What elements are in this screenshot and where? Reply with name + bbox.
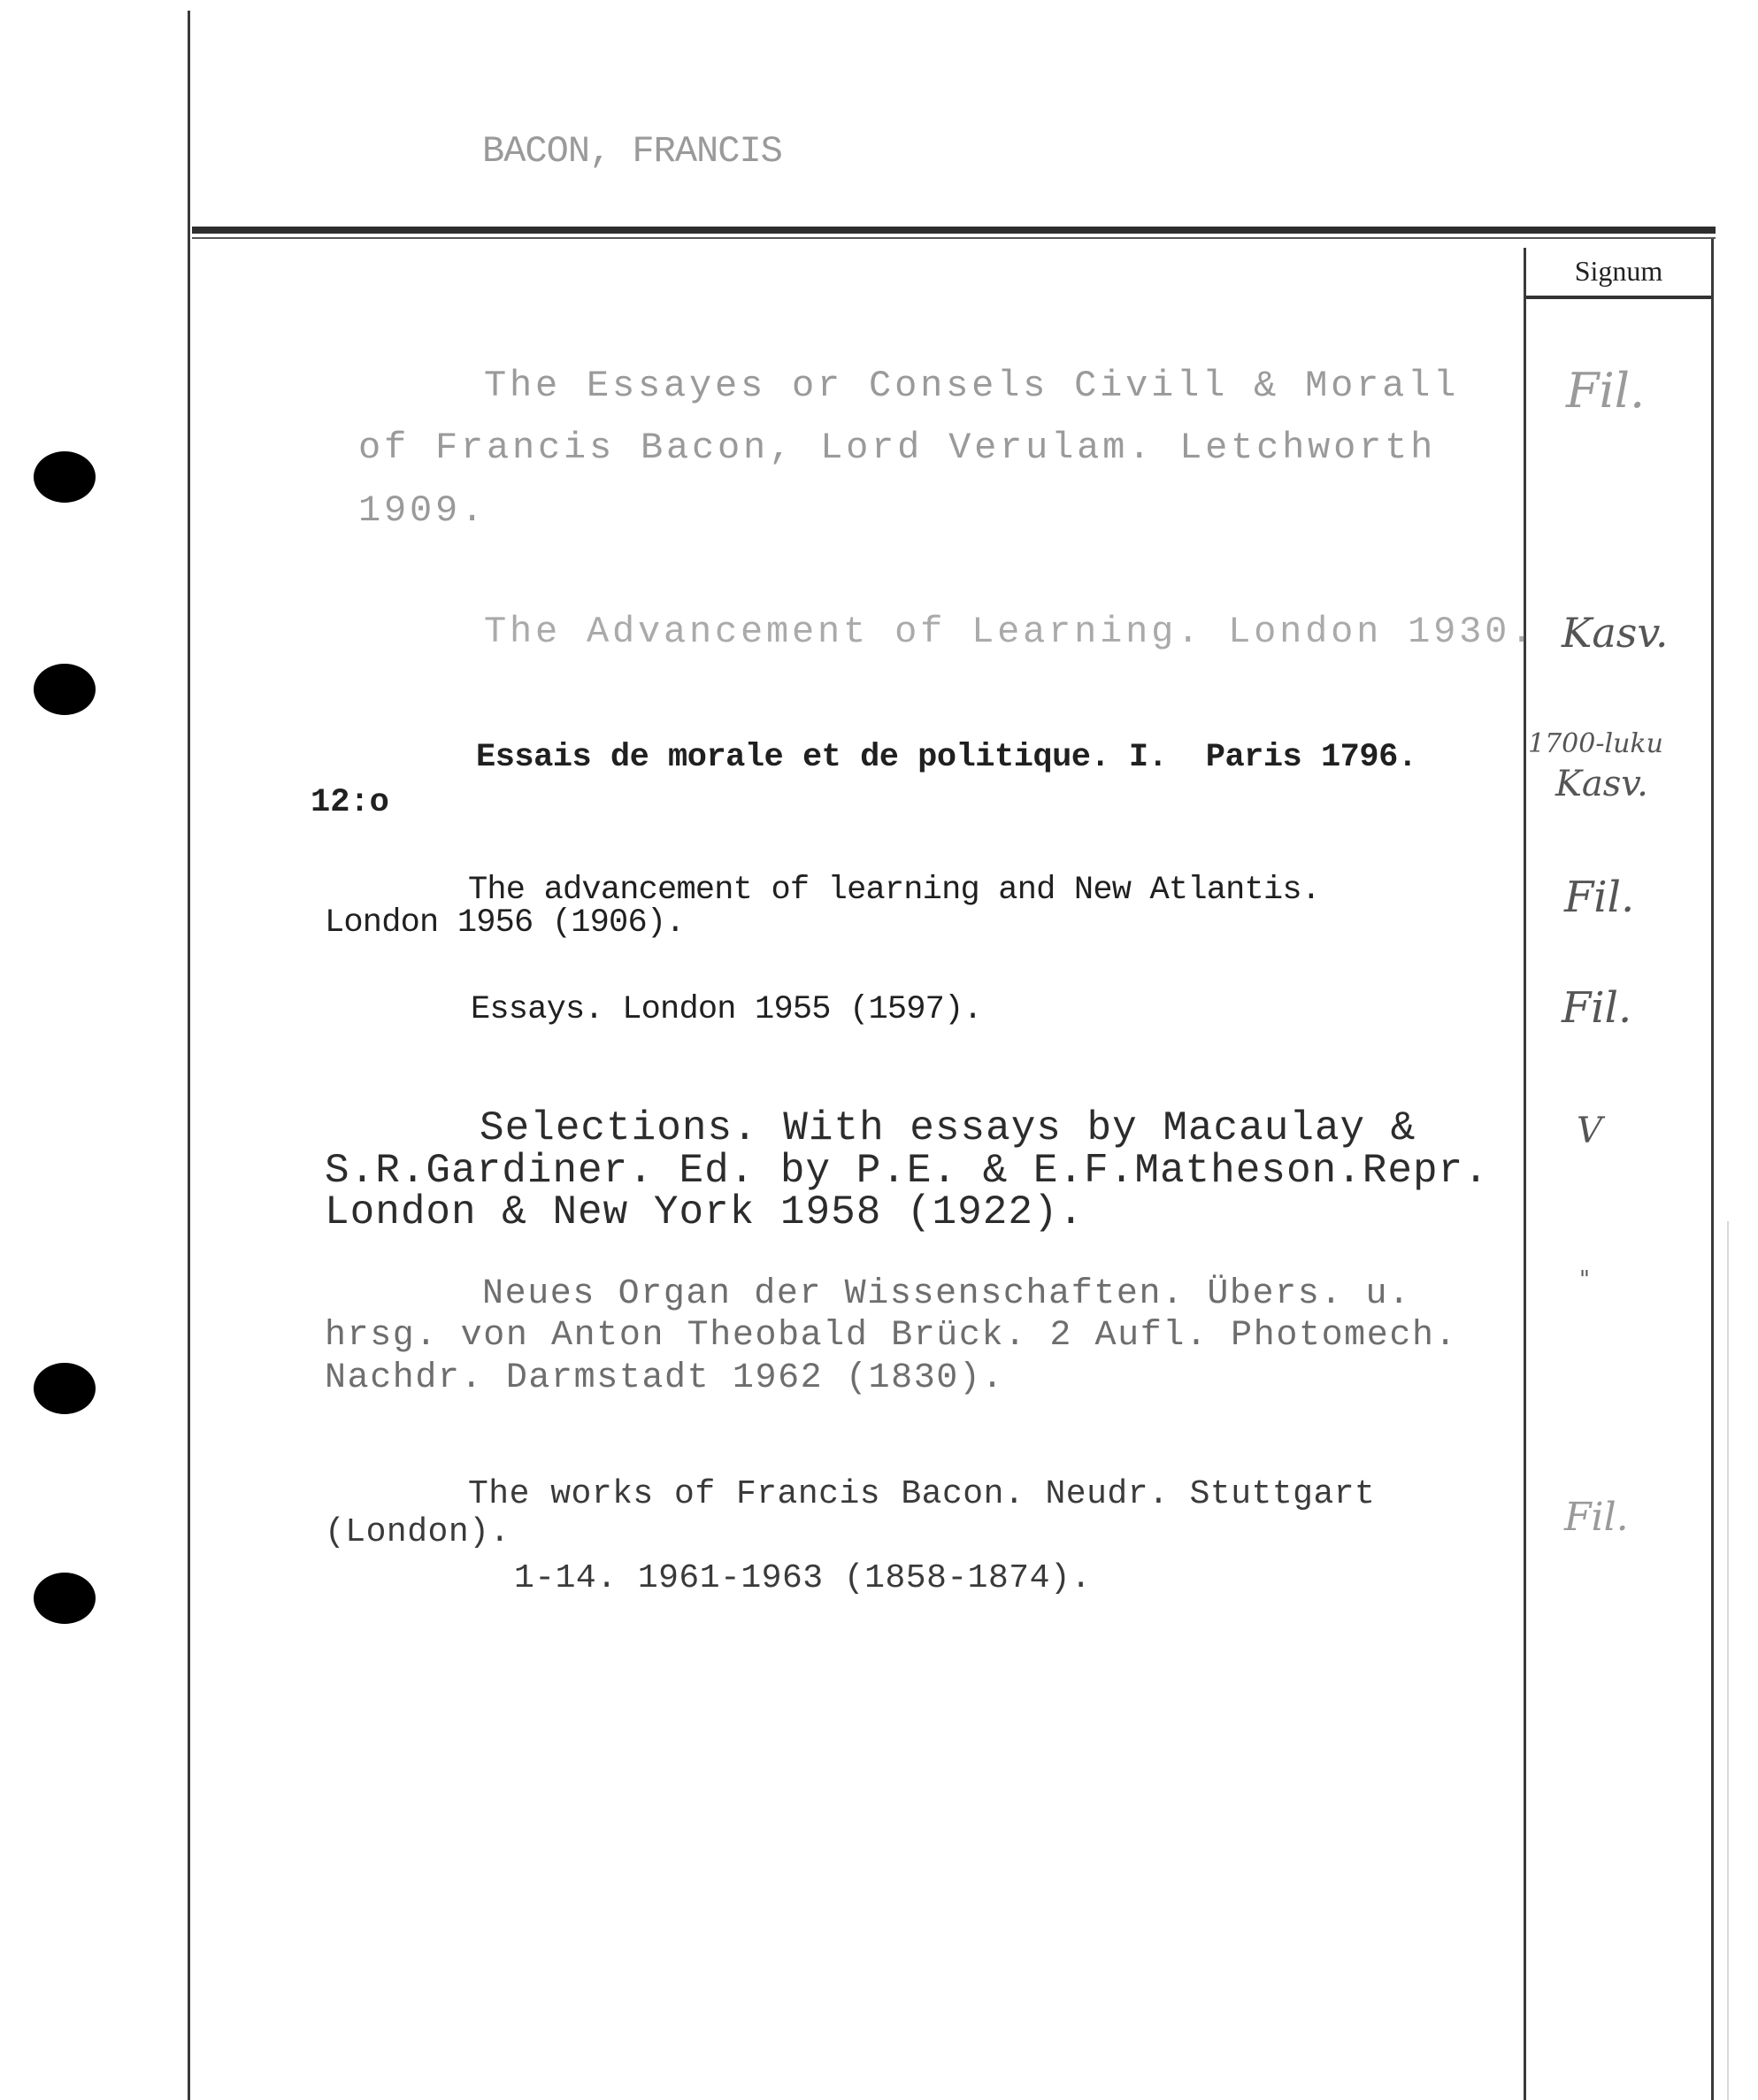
signum-column-left-border	[1524, 248, 1526, 2100]
signum-header: Signum	[1526, 255, 1711, 288]
scan-edge	[1727, 1221, 1729, 2100]
punch-hole	[34, 451, 96, 503]
entry-line: 1-14. 1961-1963 (1858-1874).	[514, 1562, 1092, 1596]
heading-rule-thin	[192, 237, 1716, 239]
entry-line: (London).	[325, 1516, 511, 1550]
entry-line: 1909.	[358, 492, 487, 529]
signum-handwritten: Fil.	[1566, 367, 1645, 415]
punch-hole	[34, 1363, 96, 1414]
punch-hole	[34, 664, 96, 715]
entry-line: The Advancement of Learning. London 1930…	[484, 613, 1536, 650]
punch-hole	[34, 1573, 96, 1624]
signum-column-right-border	[1711, 239, 1714, 2100]
entry-line: Neues Organ der Wissenschaften. Übers. u…	[482, 1277, 1411, 1312]
entry-line: The advancement of learning and New Atla…	[468, 874, 1320, 907]
signum-handwritten: Fil.	[1564, 876, 1634, 919]
entry-line: London 1956 (1906).	[325, 907, 685, 940]
entry-line: Nachdr. Darmstadt 1962 (1830).	[325, 1361, 1004, 1396]
entry-line: Selections. With essays by Macaulay &	[480, 1108, 1416, 1149]
entry-line: of Francis Bacon, Lord Verulam. Letchwor…	[358, 429, 1436, 466]
entry-line: S.R.Gardiner. Ed. by P.E. & E.F.Matheson…	[325, 1150, 1489, 1191]
card-heading: BACON, FRANCIS	[482, 133, 782, 170]
signum-handwritten: Kasv.	[1562, 612, 1669, 653]
entry-line: London & New York 1958 (1922).	[325, 1192, 1084, 1233]
signum-handwritten: Fil.	[1562, 987, 1631, 1029]
heading-rule-thick	[192, 227, 1716, 234]
signum-handwritten: Kasv.	[1555, 766, 1648, 802]
entry-format: 12:o	[311, 787, 389, 819]
signum-handwritten: Fil.	[1564, 1498, 1629, 1537]
signum-ditto-mark: "	[1579, 1268, 1590, 1291]
signum-handwritten: V	[1577, 1113, 1602, 1149]
entry-line: Essays. London 1955 (1597).	[471, 994, 982, 1027]
card-left-border	[188, 11, 190, 2100]
entry-line: Essais de morale et de politique. I. Par…	[476, 742, 1416, 774]
entry-line: The works of Francis Bacon. Neudr. Stutt…	[468, 1478, 1375, 1512]
entry-line: hrsg. von Anton Theobald Brück. 2 Aufl. …	[325, 1319, 1457, 1354]
entry-line: The Essayes or Consels Civill & Morall	[484, 367, 1459, 404]
signum-handwritten: 1700-luku	[1528, 731, 1663, 758]
signum-header-rule	[1526, 296, 1711, 299]
